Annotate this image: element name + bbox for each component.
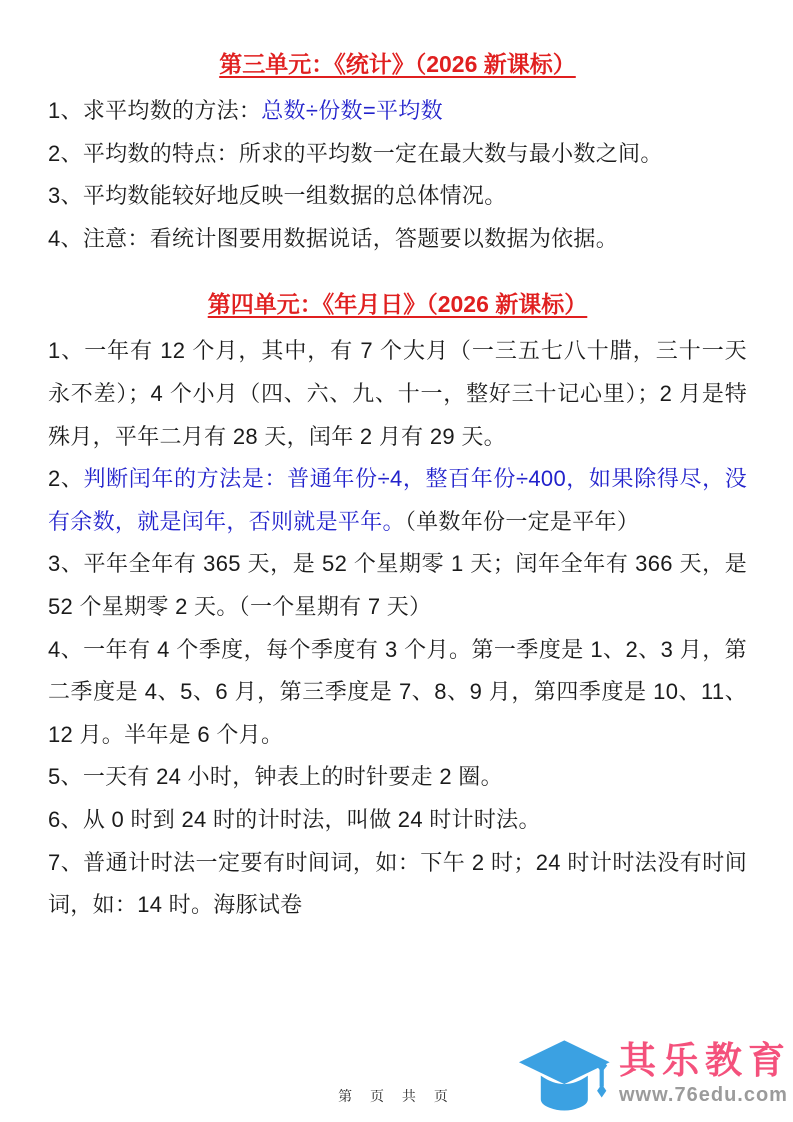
graduation-cap-icon	[515, 1032, 617, 1116]
section-2-item-7: 7、普通计时法一定要有时间词，如：下午 2 时；24 时计时法没有时间词，如：1…	[48, 842, 747, 927]
section-2-item-3: 3、平年全年有 365 天，是 52 个星期零 1 天；闰年全年有 366 天，…	[48, 543, 747, 628]
brand-text-block: 其乐教育 www.76edu.com	[619, 1041, 791, 1107]
section-2-item-6: 6、从 0 时到 24 时的计时法，叫做 24 时计时法。	[48, 799, 747, 842]
section-1-item-2: 2、平均数的特点：所求的平均数一定在最大数与最小数之间。	[48, 133, 747, 176]
highlighted-text-segment: 总数÷份数=平均数	[261, 98, 443, 123]
text-segment: 6、从 0 时到 24 时的计时法，叫做 24 时计时法。	[48, 807, 541, 832]
brand-name: 其乐教育	[619, 1041, 791, 1081]
text-segment: 1、求平均数的方法：	[48, 98, 261, 123]
text-segment: 5、一天有 24 小时，钟表上的时针要走 2 圈。	[48, 764, 503, 789]
text-segment: 3、平年全年有 365 天，是 52 个星期零 1 天；闰年全年有 366 天，…	[48, 551, 747, 619]
document-page: 第三单元：《统计》（2026 新课标）1、求平均数的方法：总数÷份数=平均数2、…	[0, 0, 793, 1122]
section-2-item-4: 4、一年有 4 个季度，每个季度有 3 个月。第一季度是 1、2、3 月，第二季…	[48, 629, 747, 757]
text-segment: （单数年份一定是平年）	[405, 509, 639, 534]
text-segment: 4、一年有 4 个季度，每个季度有 3 个月。第一季度是 1、2、3 月，第二季…	[48, 637, 747, 747]
section-2-item-5: 5、一天有 24 小时，钟表上的时针要走 2 圈。	[48, 756, 747, 799]
brand-url: www.76edu.com	[619, 1083, 791, 1107]
section-1-item-4: 4、注意：看统计图要用数据说话，答题要以数据为依据。	[48, 218, 747, 261]
section-title-2: 第四单元：《年月日》（2026 新课标）	[48, 288, 747, 320]
text-segment: 2、	[48, 466, 84, 491]
section-1-item-1: 1、求平均数的方法：总数÷份数=平均数	[48, 90, 747, 133]
document-content: 第三单元：《统计》（2026 新课标）1、求平均数的方法：总数÷份数=平均数2、…	[0, 0, 793, 927]
text-segment: 4、注意：看统计图要用数据说话，答题要以数据为依据。	[48, 226, 618, 251]
section-2-item-2: 2、判断闰年的方法是：普通年份÷4，整百年份÷400，如果除得尽，没有余数，就是…	[48, 458, 747, 543]
section-1-item-3: 3、平均数能较好地反映一组数据的总体情况。	[48, 175, 747, 218]
section-2-item-1: 1、一年有 12 个月，其中，有 7 个大月（一三五七八十腊，三十一天永不差）；…	[48, 330, 747, 458]
highlighted-text-segment: 判断闰年的方法是：普通年份÷4，整百年份÷400，如果除得尽，没有余数，就是闰年…	[48, 466, 747, 534]
text-segment: 2、平均数的特点：所求的平均数一定在最大数与最小数之间。	[48, 141, 663, 166]
text-segment: 3、平均数能较好地反映一组数据的总体情况。	[48, 183, 507, 208]
section-title-1: 第三单元：《统计》（2026 新课标）	[48, 48, 747, 80]
text-segment: 1、一年有 12 个月，其中，有 7 个大月（一三五七八十腊，三十一天永不差）；…	[48, 338, 747, 448]
brand-logo: 其乐教育 www.76edu.com	[515, 1032, 791, 1116]
text-segment: 7、普通计时法一定要有时间词，如：下午 2 时；24 时计时法没有时间词，如：1…	[48, 850, 747, 918]
